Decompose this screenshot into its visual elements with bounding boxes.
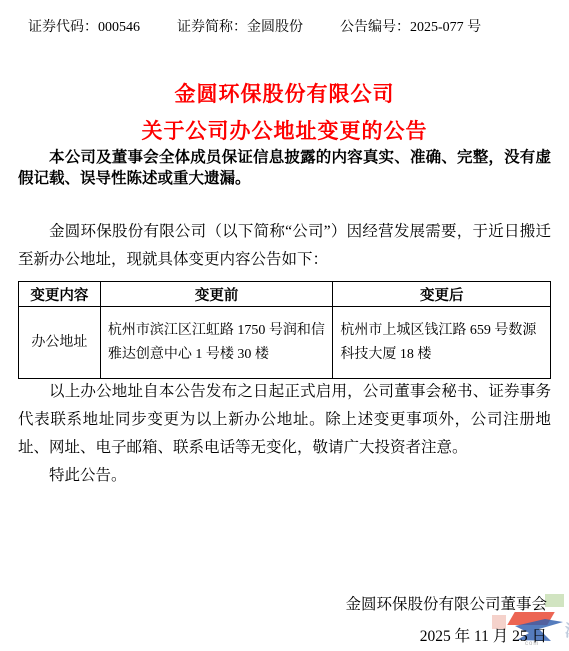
disclaimer-text: 本公司及董事会全体成员保证信息披露的内容真实、准确、完整，没有虚假记载、误导性陈… [18, 147, 551, 189]
closing-text: 特此公告。 [18, 462, 551, 490]
header-after-change: 变更后 [333, 282, 551, 307]
company-title: 金圆环保股份有限公司 [0, 78, 569, 108]
stock-code: 证券代码：000546 [28, 19, 140, 36]
cell-address-after: 杭州市上城区钱江路 659 号数源科技大厦 18 楼 [333, 307, 551, 379]
document-header: 证券代码：000546 证券简称：金圆股份 公告编号：2025-077 号 [28, 19, 549, 36]
watermark-green-square [545, 594, 564, 607]
table-row: 办公地址 杭州市滨江区江虹路 1750 号润和信雅达创意中心 1 号楼 30 楼… [19, 307, 551, 379]
change-table: 变更内容 变更前 变更后 办公地址 杭州市滨江区江虹路 1750 号润和信雅达创… [18, 281, 551, 379]
stock-name: 证券简称：金圆股份 [177, 19, 303, 36]
header-change-item: 变更内容 [19, 282, 101, 307]
announcement-title: 关于公司办公地址变更的公告 [0, 115, 569, 145]
announcement-document: 证券代码：000546 证券简称：金圆股份 公告编号：2025-077 号 金圆… [0, 0, 569, 651]
body-section: 以上办公地址自本公告发布之日起正式启用，公司董事会秘书、证券事务代表联系地址同步… [18, 378, 551, 490]
signature: 金圆环保股份有限公司董事会 [345, 592, 547, 614]
cell-change-item: 办公地址 [19, 307, 101, 379]
header-before-change: 变更前 [100, 282, 333, 307]
body-paragraph: 以上办公地址自本公告发布之日起正式启用，公司董事会秘书、证券事务代表联系地址同步… [18, 378, 551, 462]
intro-paragraph: 金圆环保股份有限公司（以下简称“公司”）因经营发展需要，于近日搬迁至新办公地址，… [18, 218, 551, 274]
table-header-row: 变更内容 变更前 变更后 [19, 282, 551, 307]
watermark-faint-char: 潮 [565, 618, 569, 641]
announcement-number: 公告编号：2025-077 号 [340, 19, 481, 36]
cell-address-before: 杭州市滨江区江虹路 1750 号润和信雅达创意中心 1 号楼 30 楼 [100, 307, 333, 379]
announcement-date: 2025 年 11 月 25 日 [420, 624, 547, 646]
